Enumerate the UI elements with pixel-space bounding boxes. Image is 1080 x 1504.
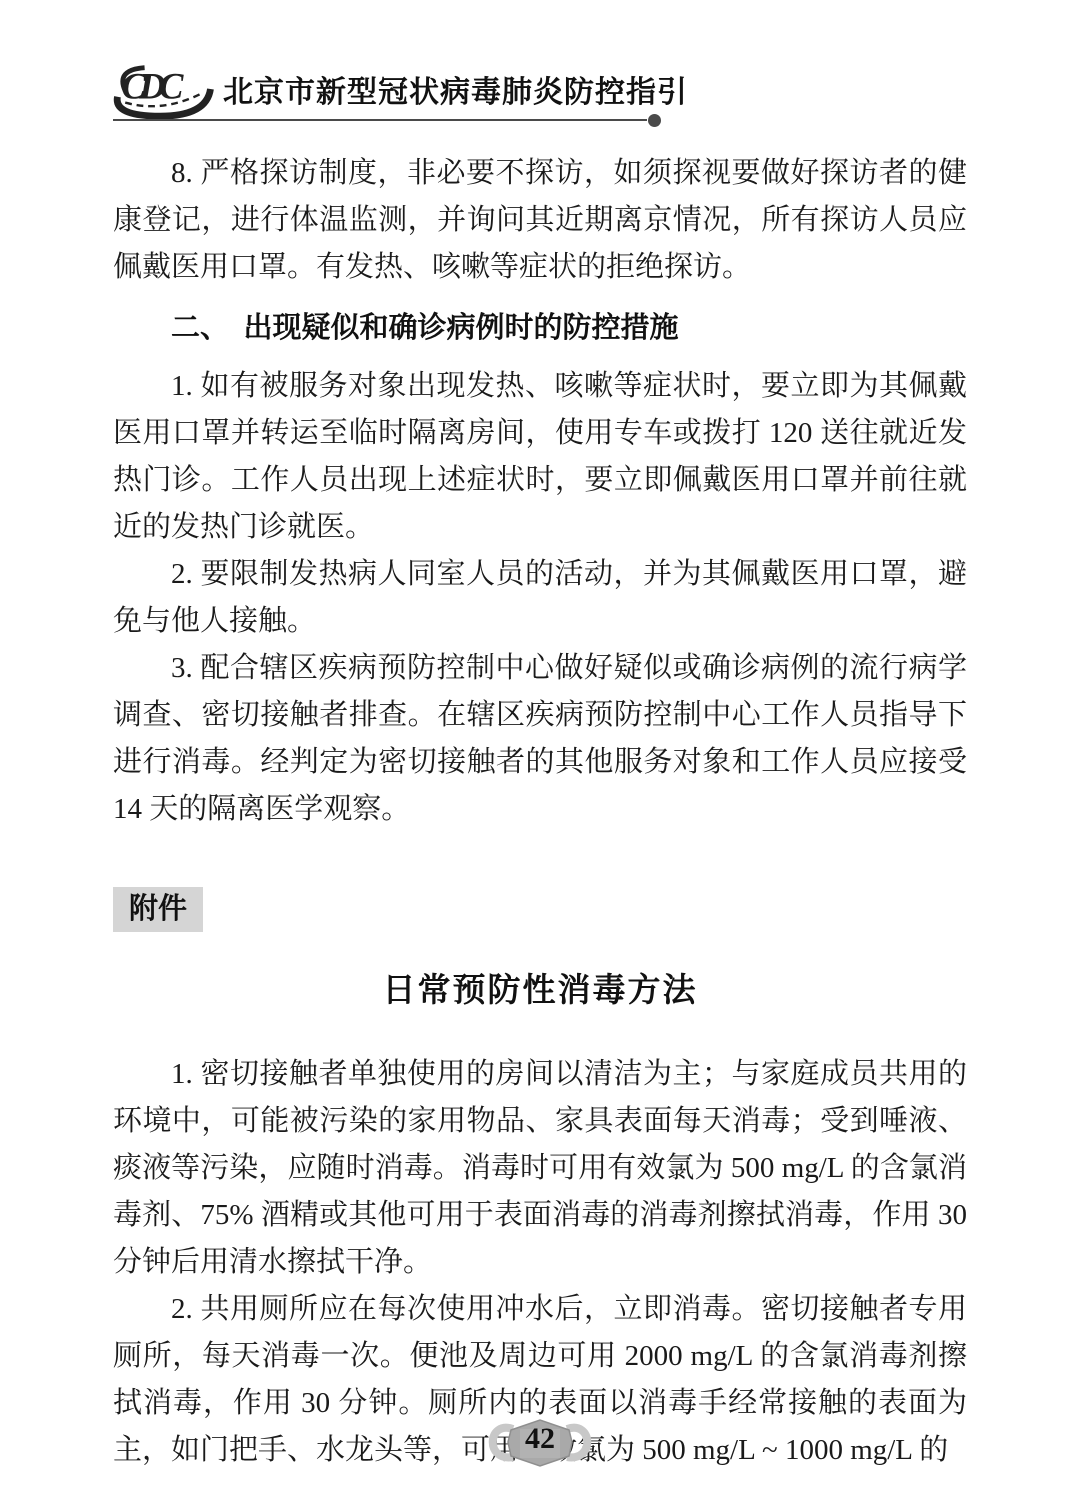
- paragraph-3: 3. 配合辖区疾病预防控制中心做好疑似或确诊病例的流行病学调查、密切接触者排查。…: [113, 645, 967, 833]
- page-footer: 42: [0, 1410, 1080, 1474]
- face-mask-icon: 42: [475, 1410, 605, 1474]
- section-heading: 二、 出现疑似和确诊病例时的防控措施: [113, 308, 967, 348]
- attachment-label: 附件: [113, 887, 203, 932]
- appendix-title: 日常预防性消毒方法: [113, 964, 967, 1011]
- paragraph-visit-policy: 8. 严格探访制度，非必要不探访，如须探视要做好探访者的健康登记，进行体温监测，…: [113, 150, 967, 291]
- header-title: 北京市新型冠状病毒肺炎防控指引: [223, 67, 688, 111]
- svg-text:CDC: CDC: [121, 66, 184, 107]
- header-rule: [113, 119, 647, 121]
- header-rule-dot-icon: [648, 114, 661, 127]
- page-number: 42: [475, 1422, 605, 1456]
- page-body: 8. 严格探访制度，非必要不探访，如须探视要做好探访者的健康登记，进行体温监测，…: [113, 150, 967, 1474]
- page-header: CDC 北京市新型冠状病毒肺炎防控指引: [113, 58, 967, 122]
- cdc-logo-icon: CDC: [109, 58, 217, 120]
- paragraph-2: 2. 要限制发热病人同室人员的活动，并为其佩戴医用口罩，避免与他人接触。: [113, 551, 967, 645]
- document-page: CDC 北京市新型冠状病毒肺炎防控指引 8. 严格探访制度，非必要不探访，如须探…: [0, 0, 1080, 1504]
- appendix-paragraph-1: 1. 密切接触者单独使用的房间以清洁为主；与家庭成员共用的环境中，可能被污染的家…: [113, 1051, 967, 1286]
- paragraph-1: 1. 如有被服务对象出现发热、咳嗽等症状时，要立即为其佩戴医用口罩并转运至临时隔…: [113, 363, 967, 551]
